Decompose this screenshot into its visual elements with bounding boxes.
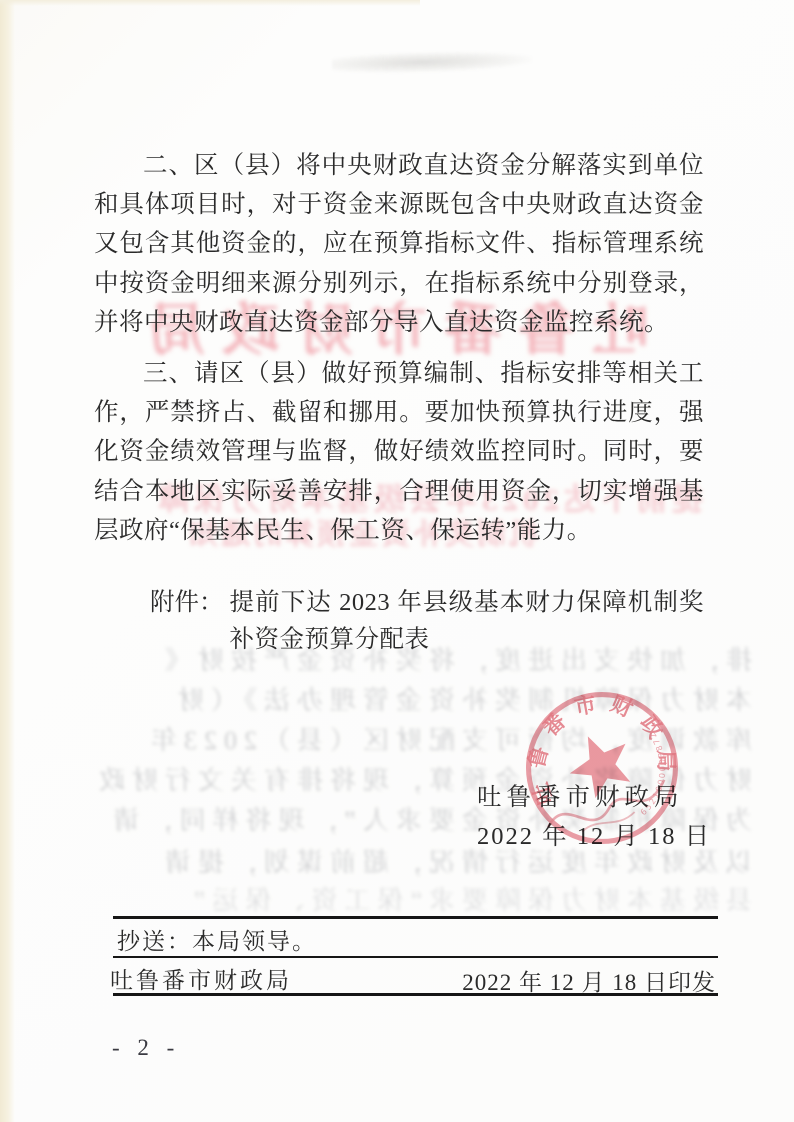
paragraph-3: 三、请区（县）做好预算编制、指标安排等相关工作，严禁挤占、截留和挪用。要加快预算…	[94, 354, 704, 550]
footer-rule-bottom	[113, 993, 718, 996]
scanned-document-page: 吐鲁番市财政局 提前下达2023年县级基本财力保障 机制奖补资金预算的通知 排，…	[0, 0, 794, 1122]
attachment-line: 附件： 提前下达 2023 年县级基本财力保障机制奖补资金预算分配表	[94, 584, 704, 658]
scan-smudge	[332, 49, 532, 74]
paragraph-2: 二、区（县）将中央财政直达资金分解落实到单位和具体项目时，对于资金来源既包含中央…	[94, 146, 704, 342]
document-body: 二、区（县）将中央财政直达资金分解落实到单位和具体项目时，对于资金来源既包含中央…	[94, 146, 704, 658]
attachment-title: 提前下达 2023 年县级基本财力保障机制奖补资金预算分配表	[230, 584, 705, 658]
footer-rule-middle	[113, 956, 718, 958]
seal-star-icon	[564, 730, 634, 801]
footer-rule-top	[113, 916, 718, 919]
scan-edge-top	[0, 0, 420, 6]
seal-script-flourish-2	[580, 812, 636, 832]
footer-cc: 抄送：本局领导。	[117, 923, 317, 956]
footer-issuer: 吐鲁番市财政局	[110, 962, 292, 995]
attachment-label: 附件：	[150, 584, 224, 658]
scan-edge-left	[0, 0, 15, 1122]
bleedthrough-gray-line: 县级基本财力保障要求“保工资、保运”	[52, 880, 752, 917]
page-number: - 2 -	[112, 1035, 180, 1061]
official-seal: 吐鲁番市财政局 6521000003872	[500, 666, 704, 870]
